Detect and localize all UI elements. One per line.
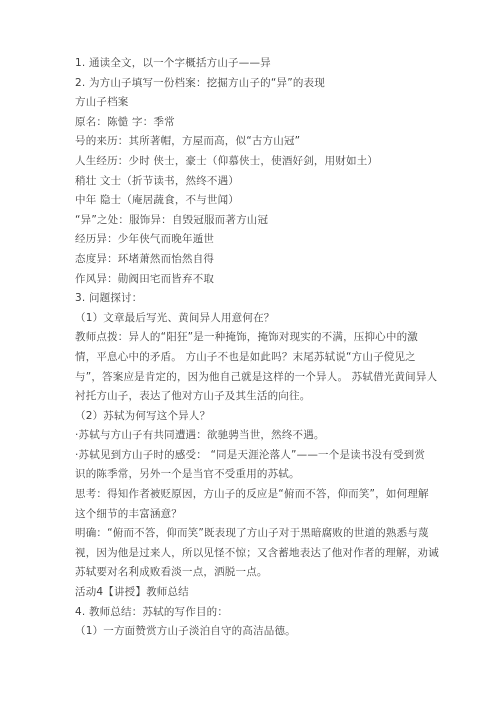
text-line: 活动4【讲授】教师总结	[75, 583, 460, 603]
text-line: 人生经历：少时 侠士，豪士（仰慕侠士，使酒好剑，用财如土）	[75, 152, 460, 172]
text-line: （1）文章最后写光、黄间异人用意何在？	[75, 309, 460, 329]
text-line: 衬托方山子，表达了他对方山子及其生活的向往。	[75, 387, 460, 407]
text-line: 教师点拨：异人的“阳狂”是一种掩饰，掩饰对现实的不满，压抑心中的激	[75, 328, 460, 348]
text-line: ·苏轼见到方山子时的感受： “同是天涯沦落人”——一个是读书没有受到赏	[75, 446, 460, 466]
text-line: 明确：“俯而不答，仰而笑”既表现了方山子对于黑暗腐败的世道的熟悉与蔑	[75, 524, 460, 544]
text-line: 1. 通读全文，以一个字概括方山子——异	[75, 54, 460, 74]
text-line: 方山子档案	[75, 93, 460, 113]
text-line: （1）一方面赞赏方山子淡泊自守的高洁品德。	[75, 622, 460, 642]
text-line: 视，因为他是过来人，所以见怪不惊；又含蓄地表达了他对作者的理解，劝诫	[75, 544, 460, 564]
text-line: ·苏轼与方山子有共同遭遇：欲驰骋当世，然终不遇。	[75, 426, 460, 446]
document-text: 1. 通读全文，以一个字概括方山子——异2. 为方山子填写一份档案：挖掘方山子的…	[75, 54, 460, 642]
text-line: 号的来历：其所著帽，方屋而高，似“古方山冠”	[75, 132, 460, 152]
text-line: 3. 问题探讨：	[75, 289, 460, 309]
text-line: 2. 为方山子填写一份档案：挖掘方山子的“异”的表现	[75, 74, 460, 94]
text-line: 与”，答案应是肯定的，因为他自己就是这样的一个异人。 苏轼借光黄间异人	[75, 368, 460, 388]
text-line: 作风异：勋阀田宅而皆弃不取	[75, 270, 460, 290]
text-line: “异”之处：服饰异：自毁冠服而著方山冠	[75, 211, 460, 231]
text-line: 思考：得知作者被贬原因，方山子的反应是“俯而不答，仰而笑”，如何理解	[75, 485, 460, 505]
text-line: 经历异：少年侠气而晚年遁世	[75, 230, 460, 250]
text-line: 4. 教师总结：苏轼的写作目的：	[75, 603, 460, 623]
text-line: 中年 隐士（庵居蔬食，不与世闻）	[75, 191, 460, 211]
text-line: 原名：陈慥 字：季常	[75, 113, 460, 133]
text-line: 稍壮 文士（折节读书，然终不遇）	[75, 172, 460, 192]
text-line: 情，平息心中的矛盾。 方山子不也是如此吗？末尾苏轼说“方山子傥见之	[75, 348, 460, 368]
text-line: 这个细节的丰富涵意？	[75, 505, 460, 525]
document-page: 1. 通读全文，以一个字概括方山子——异2. 为方山子填写一份档案：挖掘方山子的…	[0, 0, 500, 707]
text-line: 识的陈季常，另外一个是当官不受重用的苏轼。	[75, 465, 460, 485]
text-line: 态度异：环堵萧然而怡然自得	[75, 250, 460, 270]
text-line: 苏轼要对名利成败看淡一点，洒脱一点。	[75, 563, 460, 583]
text-line: （2）苏轼为何写这个异人？	[75, 407, 460, 427]
